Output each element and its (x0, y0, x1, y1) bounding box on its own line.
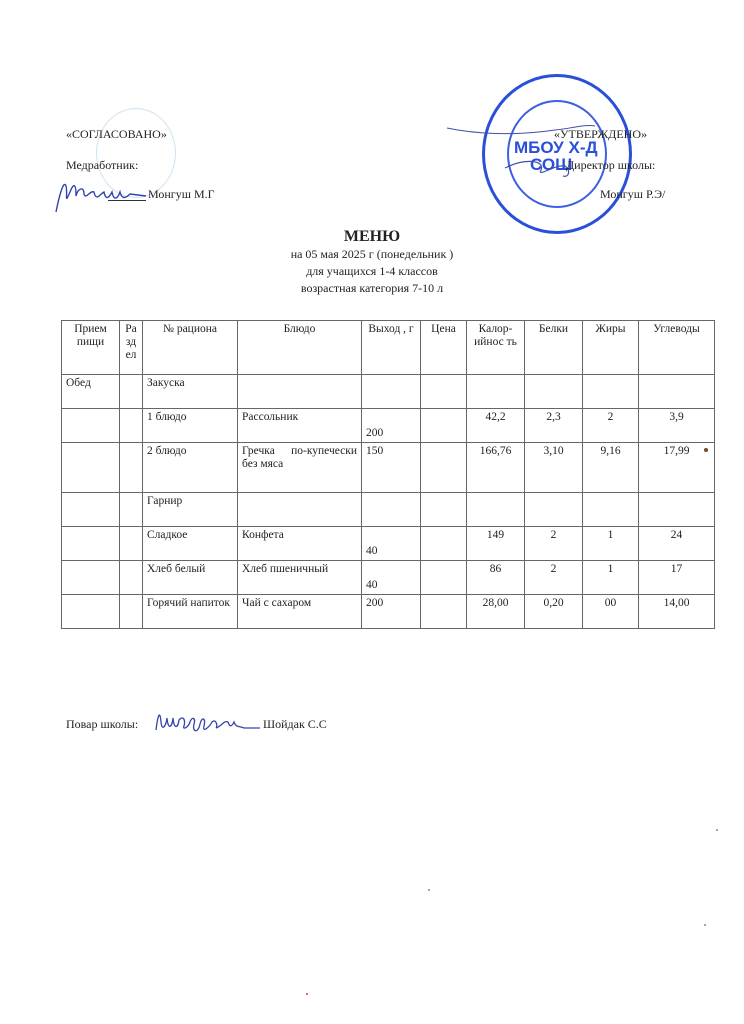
cell-meal (62, 409, 120, 443)
cell-ration: Закуска (143, 375, 238, 409)
table-row: Гарнир (62, 493, 715, 527)
cell-price (421, 409, 467, 443)
director-name: Монгуш Р.Э/ (600, 187, 665, 202)
table-row: 1 блюдо Рассольник 200 42,2 2,3 2 3,9 (62, 409, 715, 443)
col-header-ration: № рациона (143, 321, 238, 375)
cell-fat: 1 (583, 561, 639, 595)
scan-speck (716, 829, 718, 831)
cell-meal: Обед (62, 375, 120, 409)
document-title: МЕНЮ (0, 228, 744, 246)
cell-protein: 2 (525, 527, 583, 561)
cell-meal (62, 493, 120, 527)
cell-dish: Чай с сахаром (238, 595, 362, 629)
cell-fat (583, 493, 639, 527)
cell-yield: 40 (362, 527, 421, 561)
cell-calories (467, 375, 525, 409)
cell-ration: Хлеб белый (143, 561, 238, 595)
cell-ration: 1 блюдо (143, 409, 238, 443)
cell-section (120, 527, 143, 561)
cell-section (120, 443, 143, 493)
col-header-calories: Калор- ийнос ть (467, 321, 525, 375)
cell-protein (525, 493, 583, 527)
cell-protein: 3,10 (525, 443, 583, 493)
cell-meal (62, 443, 120, 493)
medic-signature (50, 172, 150, 220)
cell-fat: 2 (583, 409, 639, 443)
cell-dish (238, 493, 362, 527)
table-header-row: Прием пищи Ра зд ел № рациона Блюдо Выхо… (62, 321, 715, 375)
cell-meal (62, 561, 120, 595)
cell-yield: 150 (362, 443, 421, 493)
cell-carbs (639, 493, 715, 527)
cell-fat: 00 (583, 595, 639, 629)
director-signature (445, 108, 615, 188)
cell-yield (362, 375, 421, 409)
cell-dish: Гречка по-купечески без мяса (238, 443, 362, 493)
cell-price (421, 595, 467, 629)
col-header-fat: Жиры (583, 321, 639, 375)
cell-price (421, 375, 467, 409)
cell-section (120, 409, 143, 443)
menu-audience: для учащихся 1-4 классов (0, 264, 744, 279)
cook-name: Шойдак С.С (263, 717, 327, 732)
cell-section (120, 595, 143, 629)
approved-role: Директор школы: (566, 158, 655, 173)
col-header-carbs: Углеводы (639, 321, 715, 375)
cell-yield: 200 (362, 409, 421, 443)
cell-calories: 28,00 (467, 595, 525, 629)
cell-meal (62, 595, 120, 629)
cell-protein: 2,3 (525, 409, 583, 443)
cell-yield: 200 (362, 595, 421, 629)
cell-fat: 9,16 (583, 443, 639, 493)
cell-carbs (639, 375, 715, 409)
cell-protein (525, 375, 583, 409)
col-header-meal: Прием пищи (62, 321, 120, 375)
agreed-heading: «СОГЛАСОВАНО» (66, 127, 167, 142)
cell-price (421, 493, 467, 527)
cell-price (421, 527, 467, 561)
cell-carbs: 14,00 (639, 595, 715, 629)
cell-yield: 40 (362, 561, 421, 595)
cell-section (120, 375, 143, 409)
cell-calories (467, 493, 525, 527)
cell-dish: Рассольник (238, 409, 362, 443)
medic-signature-line (108, 200, 146, 201)
col-header-section: Ра зд ел (120, 321, 143, 375)
table-row: Хлеб белый Хлеб пшеничный 40 86 2 1 17 (62, 561, 715, 595)
menu-age-category: возрастная категория 7-10 л (0, 281, 744, 296)
cell-ration: Горячий напиток (143, 595, 238, 629)
cell-protein: 0,20 (525, 595, 583, 629)
cell-calories: 166,76 (467, 443, 525, 493)
cell-fat (583, 375, 639, 409)
col-header-dish: Блюдо (238, 321, 362, 375)
cell-dish: Конфета (238, 527, 362, 561)
medic-name: Монгуш М.Г (148, 187, 215, 202)
cook-label: Повар школы: (66, 717, 138, 732)
cell-price (421, 561, 467, 595)
agreed-role: Медработник: (66, 158, 138, 173)
scan-speck (428, 889, 430, 891)
cell-calories: 42,2 (467, 409, 525, 443)
cell-carbs: 24 (639, 527, 715, 561)
cell-ration: Сладкое (143, 527, 238, 561)
cell-section (120, 493, 143, 527)
scan-speck (704, 448, 708, 452)
table-row: Сладкое Конфета 40 149 2 1 24 (62, 527, 715, 561)
col-header-yield: Выход , г (362, 321, 421, 375)
cell-meal (62, 527, 120, 561)
scan-speck (306, 993, 308, 995)
cell-fat: 1 (583, 527, 639, 561)
menu-table: Прием пищи Ра зд ел № рациона Блюдо Выхо… (61, 320, 715, 629)
cell-protein: 2 (525, 561, 583, 595)
table-row: 2 блюдо Гречка по-купечески без мяса 150… (62, 443, 715, 493)
col-header-protein: Белки (525, 321, 583, 375)
cell-carbs: 17 (639, 561, 715, 595)
cell-dish: Хлеб пшеничный (238, 561, 362, 595)
col-header-price: Цена (421, 321, 467, 375)
table-row: Обед Закуска (62, 375, 715, 409)
scan-speck (704, 924, 706, 926)
cell-section (120, 561, 143, 595)
cell-yield (362, 493, 421, 527)
cell-dish (238, 375, 362, 409)
cell-ration: Гарнир (143, 493, 238, 527)
cell-calories: 86 (467, 561, 525, 595)
cook-signature (152, 704, 262, 740)
table-row: Горячий напиток Чай с сахаром 200 28,00 … (62, 595, 715, 629)
cell-carbs: 3,9 (639, 409, 715, 443)
cell-ration: 2 блюдо (143, 443, 238, 493)
cell-calories: 149 (467, 527, 525, 561)
cell-price (421, 443, 467, 493)
approved-heading: «УТВЕРЖДЕНО» (554, 127, 647, 142)
menu-date: на 05 мая 2025 г (понедельник ) (0, 247, 744, 262)
